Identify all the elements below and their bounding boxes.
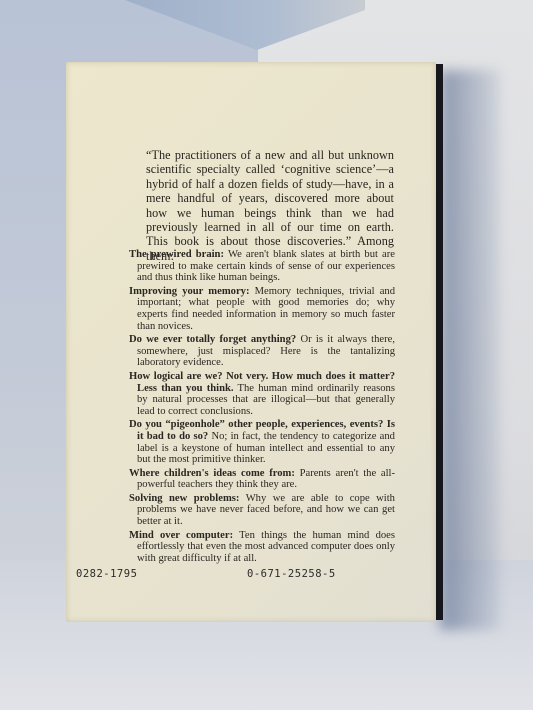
topic-item: The prewired brain: We aren't blank slat… xyxy=(129,249,395,284)
book-back-cover: “The practitioners of a new and all but … xyxy=(66,62,436,622)
topic-item: How logical are we? Not very. How much d… xyxy=(129,371,395,417)
book-shadow xyxy=(440,70,500,630)
topic-heading: Improving your memory: xyxy=(129,286,249,297)
topic-item: Where children's ideas come from: Parent… xyxy=(129,468,395,491)
topic-heading: Where children's ideas come from: xyxy=(129,468,295,479)
topic-item: Mind over computer: Ten things the human… xyxy=(129,530,395,565)
topic-item: Do we ever totally forget anything? Or i… xyxy=(129,334,395,369)
isbn-code: 0-671-25258-5 xyxy=(247,568,336,580)
topic-item: Solving new problems: Why we are able to… xyxy=(129,493,395,528)
topic-item: Improving your memory: Memory techniques… xyxy=(129,286,395,332)
topic-heading: Solving new problems: xyxy=(129,493,239,504)
topic-heading: Mind over computer: xyxy=(129,530,233,541)
topic-list: The prewired brain: We aren't blank slat… xyxy=(129,249,395,566)
topic-heading: Do we ever totally forget anything? xyxy=(129,334,296,345)
topic-heading: The prewired brain: xyxy=(129,249,224,260)
catalog-code: 0282-1795 xyxy=(76,568,137,580)
topic-item: Do you “pigeonhole” other people, experi… xyxy=(129,419,395,465)
cover-quote: “The practitioners of a new and all but … xyxy=(146,148,394,263)
